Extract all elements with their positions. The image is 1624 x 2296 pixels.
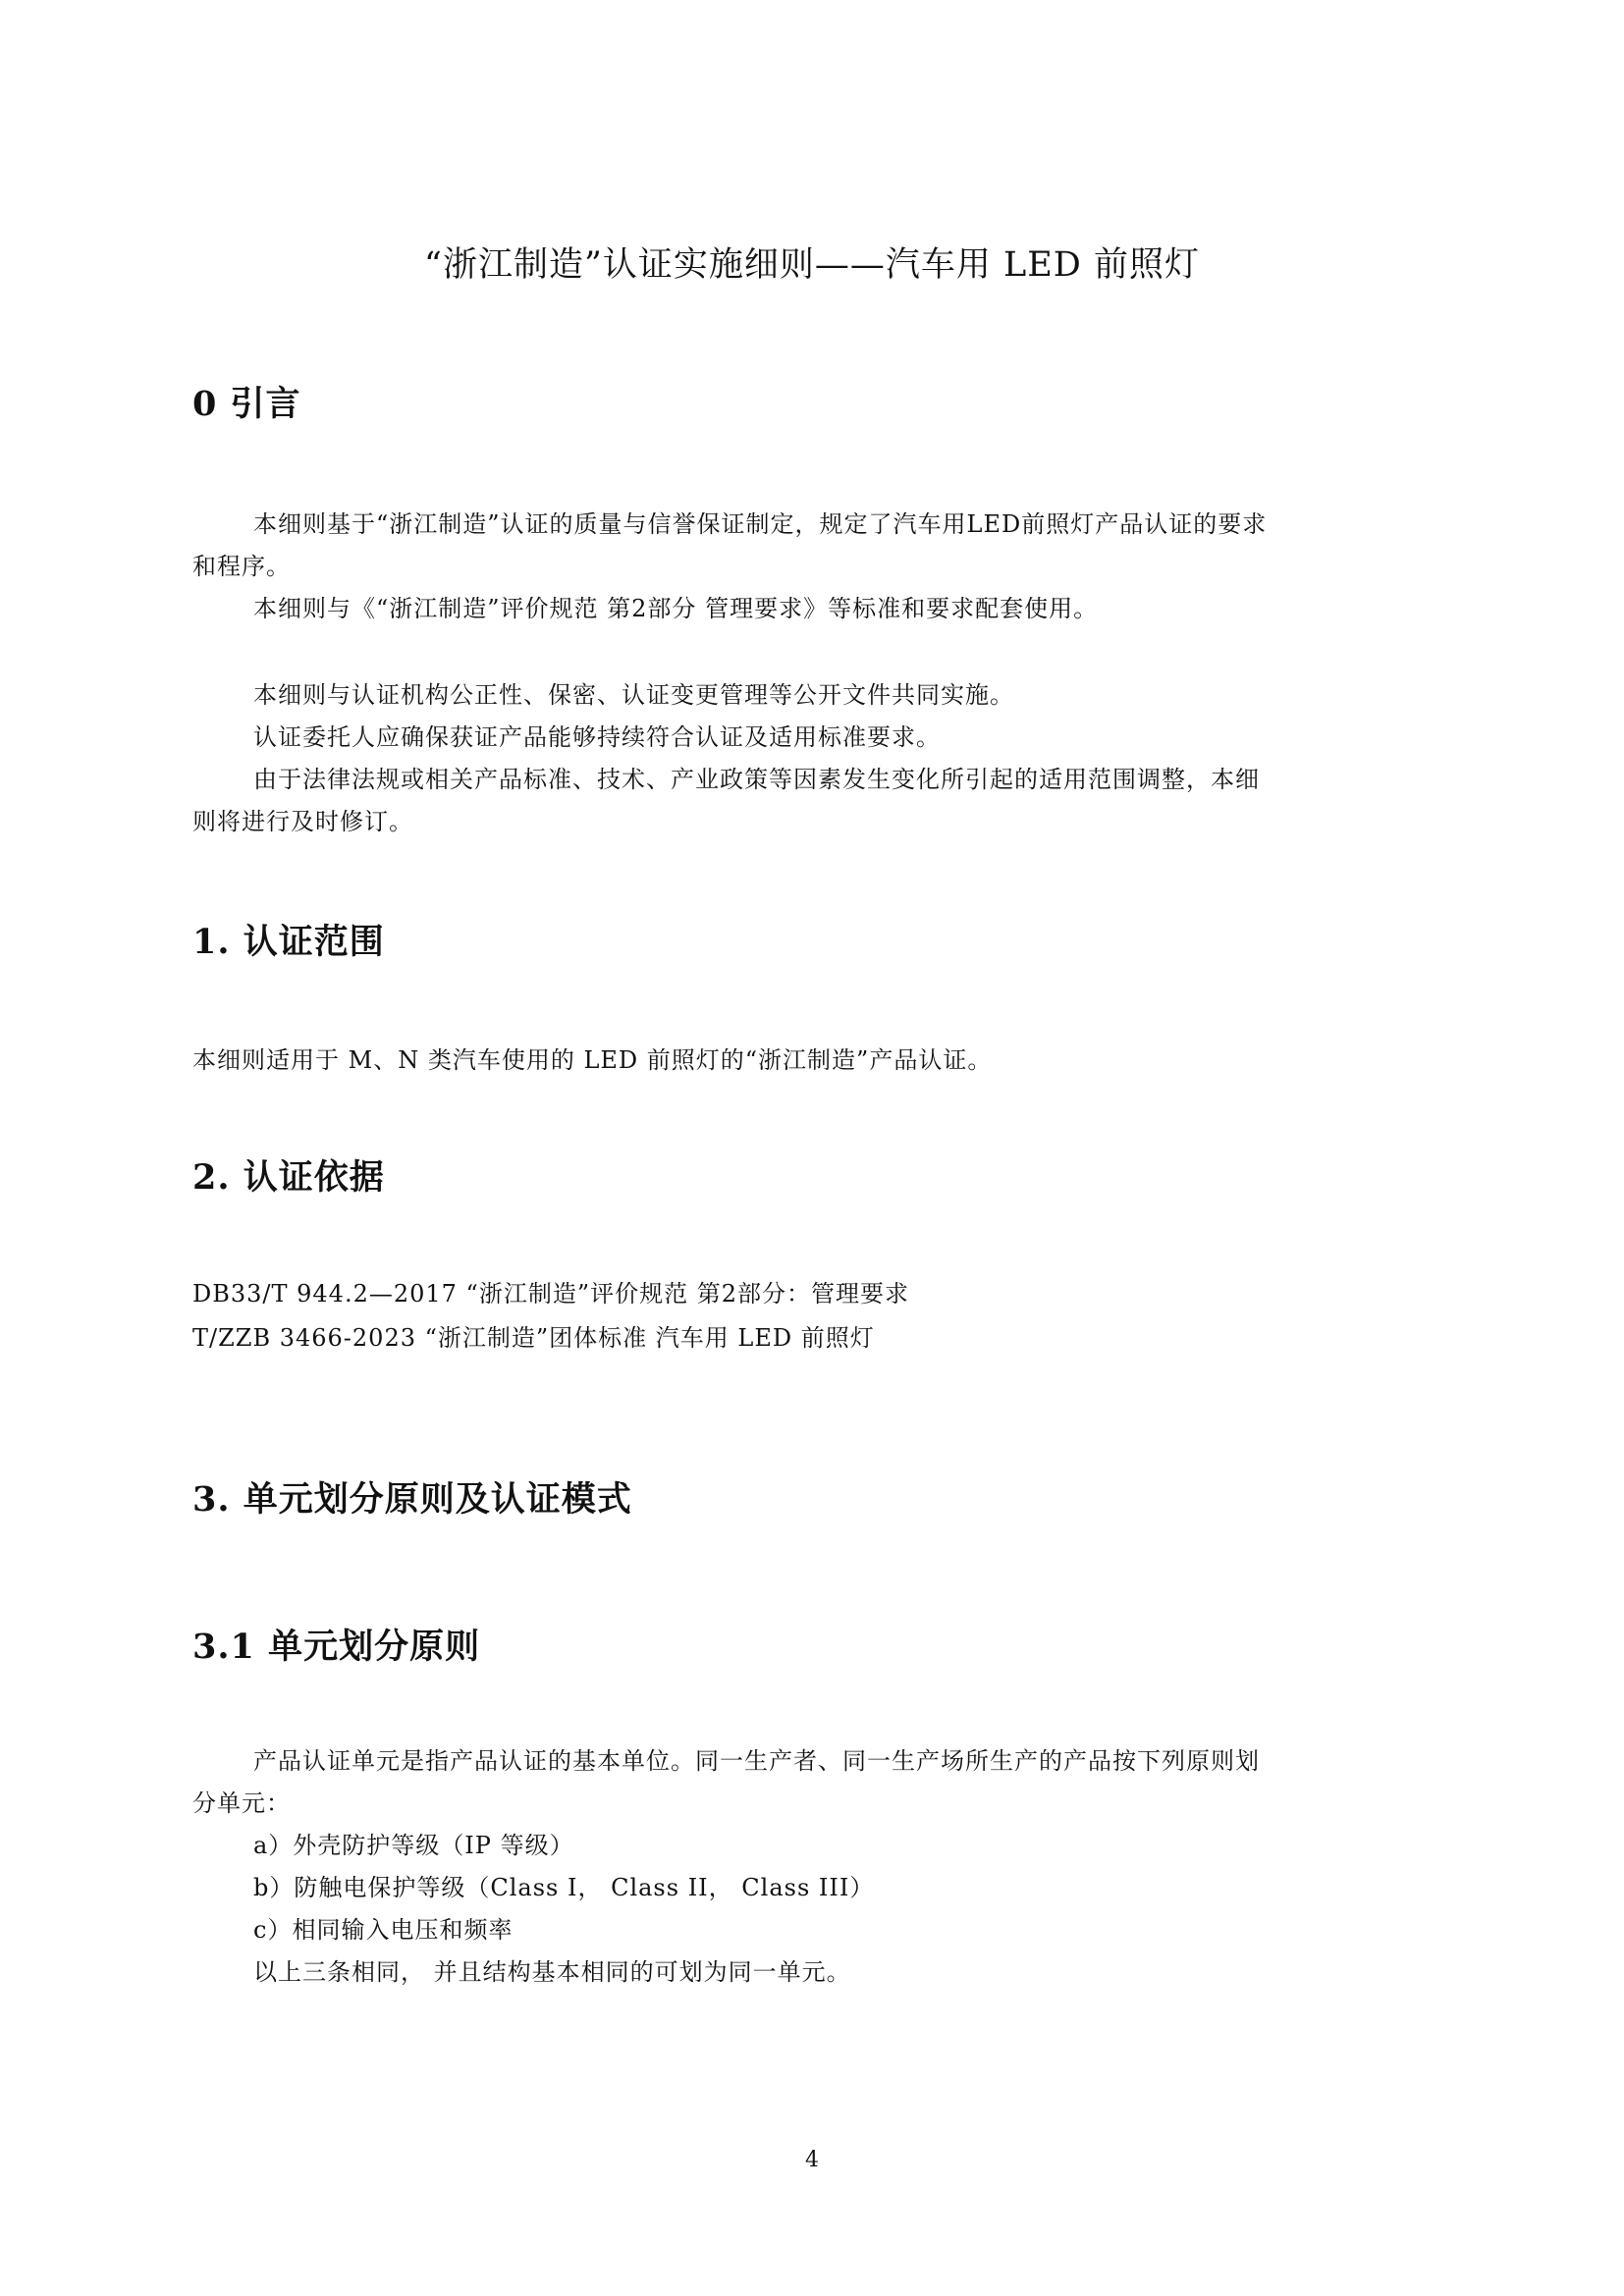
reference-item: DB33/T 944.2—2017 “浙江制造”评价规范 第2部分：管理要求 [192, 1274, 909, 1308]
unit-paragraph: 产品认证单元是指产品认证的基本单位。同一生产者、同一生产场所生产的产品按下列原则… [253, 1741, 1260, 1776]
intro-paragraph: 认证委托人应确保获证产品能够持续符合认证及适用标准要求。 [253, 718, 941, 752]
section-heading-intro: 0 引言 [192, 377, 301, 426]
list-item: c）相同输入电压和频率 [253, 1910, 513, 1945]
intro-paragraph: 本细则基于“浙江制造”认证的质量与信誉保证制定，规定了汽车用LED前照灯产品认证… [253, 505, 1267, 539]
reference-item: T/ZZB 3466-2023 “浙江制造”团体标准 汽车用 LED 前照灯 [192, 1318, 875, 1353]
unit-paragraph: 分单元： [192, 1784, 291, 1818]
document-title: “浙江制造”认证实施细则——汽车用 LED 前照灯 [0, 238, 1624, 287]
intro-paragraph: 本细则与认证机构公正性、保密、认证变更管理等公开文件共同实施。 [253, 675, 1014, 710]
intro-paragraph: 和程序。 [192, 547, 291, 581]
scope-text: 本细则适用于 M、N 类汽车使用的 LED 前照灯的“浙江制造”产品认证。 [192, 1041, 992, 1075]
unit-conclusion: 以上三条相同， 并且结构基本相同的可划为同一单元。 [253, 1952, 851, 1987]
intro-paragraph: 本细则与《“浙江制造”评价规范 第2部分 管理要求》等标准和要求配套使用。 [253, 589, 1098, 623]
section-heading-unit-principle: 3.1 单元划分原则 [192, 1620, 480, 1669]
section-heading-unit-mode: 3. 单元划分原则及认证模式 [192, 1472, 632, 1522]
section-heading-basis: 2. 认证依据 [192, 1150, 385, 1200]
list-item: b）防触电保护等级（Class I， Class II， Class III） [253, 1868, 874, 1902]
section-heading-scope: 1. 认证范围 [192, 915, 385, 964]
page-number: 4 [0, 2148, 1624, 2172]
list-item: a）外壳防护等级（IP 等级） [253, 1826, 574, 1860]
intro-paragraph: 则将进行及时修订。 [192, 802, 413, 836]
intro-paragraph: 由于法律法规或相关产品标准、技术、产业政策等因素发生变化所引起的适用范围调整，本… [253, 760, 1260, 794]
